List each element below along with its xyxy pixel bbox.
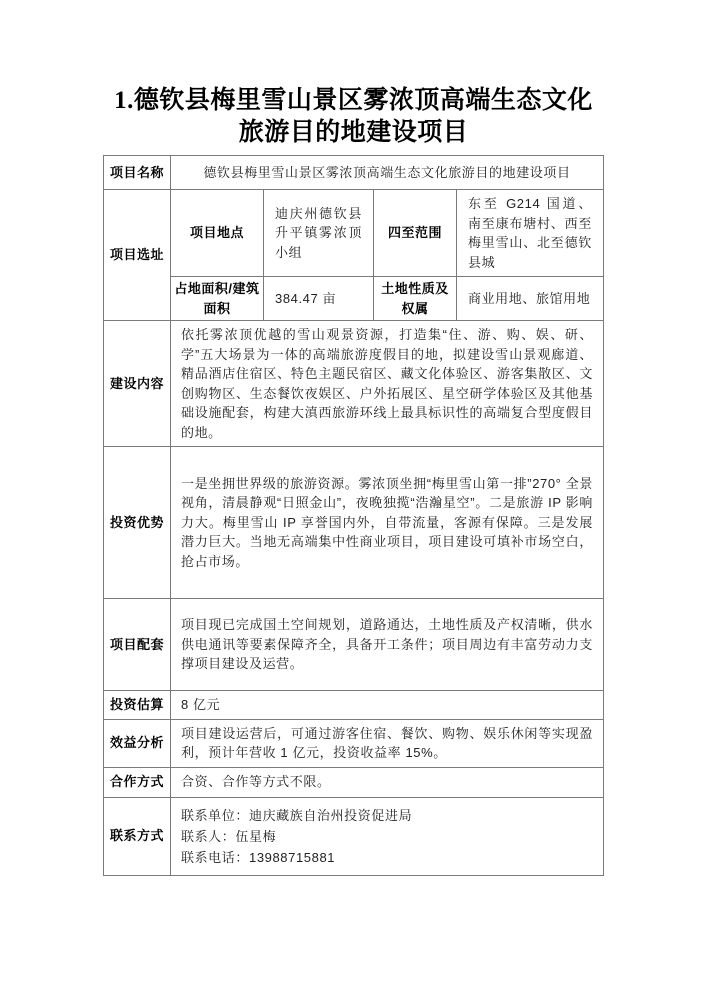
row-investment: 投资估算 8 亿元 <box>103 691 603 720</box>
site-scope-label: 四至范围 <box>373 190 456 277</box>
supporting-label: 项目配套 <box>103 599 170 691</box>
site-land-value: 商业用地、旅馆用地 <box>456 277 603 321</box>
document-page: 1.德钦县梅里雪山景区雾浓顶高端生态文化 旅游目的地建设项目 项目名称 德钦县梅… <box>0 0 707 999</box>
cooperation-label: 合作方式 <box>103 767 170 797</box>
site-area-value: 384.47 亩 <box>263 277 373 321</box>
advantages-value: 一是坐拥世界级的旅游资源。雾浓顶坐拥“梅里雪山第一排”270° 全景视角，清晨静… <box>170 447 603 599</box>
row-cooperation: 合作方式 合资、合作等方式不限。 <box>103 767 603 797</box>
site-label: 项目选址 <box>103 190 170 321</box>
site-location-label: 项目地点 <box>170 190 263 277</box>
contact-person: 联系人：伍星梅 <box>181 826 593 847</box>
contact-unit: 联系单位：迪庆藏族自治州投资促进局 <box>181 805 593 826</box>
page-title-line-2: 旅游目的地建设项目 <box>94 117 614 149</box>
investment-label: 投资估算 <box>103 691 170 720</box>
investment-value: 8 亿元 <box>170 691 603 720</box>
site-area-label: 占地面积/建筑面积 <box>170 277 263 321</box>
row-construction: 建设内容 依托雾浓顶优越的雪山观景资源，打造集“住、游、购、娱、研、学”五大场景… <box>103 321 603 447</box>
benefit-label: 效益分析 <box>103 719 170 767</box>
construction-label: 建设内容 <box>103 321 170 447</box>
project-name-value: 德钦县梅里雪山景区雾浓顶高端生态文化旅游目的地建设项目 <box>170 156 603 190</box>
project-info-table: 项目名称 德钦县梅里雪山景区雾浓顶高端生态文化旅游目的地建设项目 项目选址 项目… <box>103 155 604 876</box>
page-title-line-1: 1.德钦县梅里雪山景区雾浓顶高端生态文化 <box>94 85 614 117</box>
advantages-label: 投资优势 <box>103 447 170 599</box>
contact-label: 联系方式 <box>103 797 170 875</box>
site-land-label: 土地性质及权属 <box>373 277 456 321</box>
row-site-area: 占地面积/建筑面积 384.47 亩 土地性质及权属 商业用地、旅馆用地 <box>103 277 603 321</box>
site-scope-value: 东至 G214 国道、南至康布塘村、西至梅里雪山、北至德钦县城 <box>456 190 603 277</box>
row-supporting: 项目配套 项目现已完成国土空间规划，道路通达，土地性质及产权清晰，供水供电通讯等… <box>103 599 603 691</box>
contact-phone: 联系电话：13988715881 <box>181 847 593 868</box>
project-name-label: 项目名称 <box>103 156 170 190</box>
site-location-value: 迪庆州德钦县升平镇雾浓顶小组 <box>263 190 373 277</box>
benefit-value: 项目建设运营后，可通过游客住宿、餐饮、购物、娱乐休闲等实现盈利，预计年营收 1 … <box>170 719 603 767</box>
row-contact: 联系方式 联系单位：迪庆藏族自治州投资促进局 联系人：伍星梅 联系电话：1398… <box>103 797 603 875</box>
page-title: 1.德钦县梅里雪山景区雾浓顶高端生态文化 旅游目的地建设项目 <box>94 85 614 149</box>
cooperation-value: 合资、合作等方式不限。 <box>170 767 603 797</box>
row-project-name: 项目名称 德钦县梅里雪山景区雾浓顶高端生态文化旅游目的地建设项目 <box>103 156 603 190</box>
row-benefit: 效益分析 项目建设运营后，可通过游客住宿、餐饮、购物、娱乐休闲等实现盈利，预计年… <box>103 719 603 767</box>
row-advantages: 投资优势 一是坐拥世界级的旅游资源。雾浓顶坐拥“梅里雪山第一排”270° 全景视… <box>103 447 603 599</box>
contact-value: 联系单位：迪庆藏族自治州投资促进局 联系人：伍星梅 联系电话：139887158… <box>170 797 603 875</box>
construction-value: 依托雾浓顶优越的雪山观景资源，打造集“住、游、购、娱、研、学”五大场景为一体的高… <box>170 321 603 447</box>
row-site-location: 项目选址 项目地点 迪庆州德钦县升平镇雾浓顶小组 四至范围 东至 G214 国道… <box>103 190 603 277</box>
supporting-value: 项目现已完成国土空间规划，道路通达，土地性质及产权清晰，供水供电通讯等要素保障齐… <box>170 599 603 691</box>
